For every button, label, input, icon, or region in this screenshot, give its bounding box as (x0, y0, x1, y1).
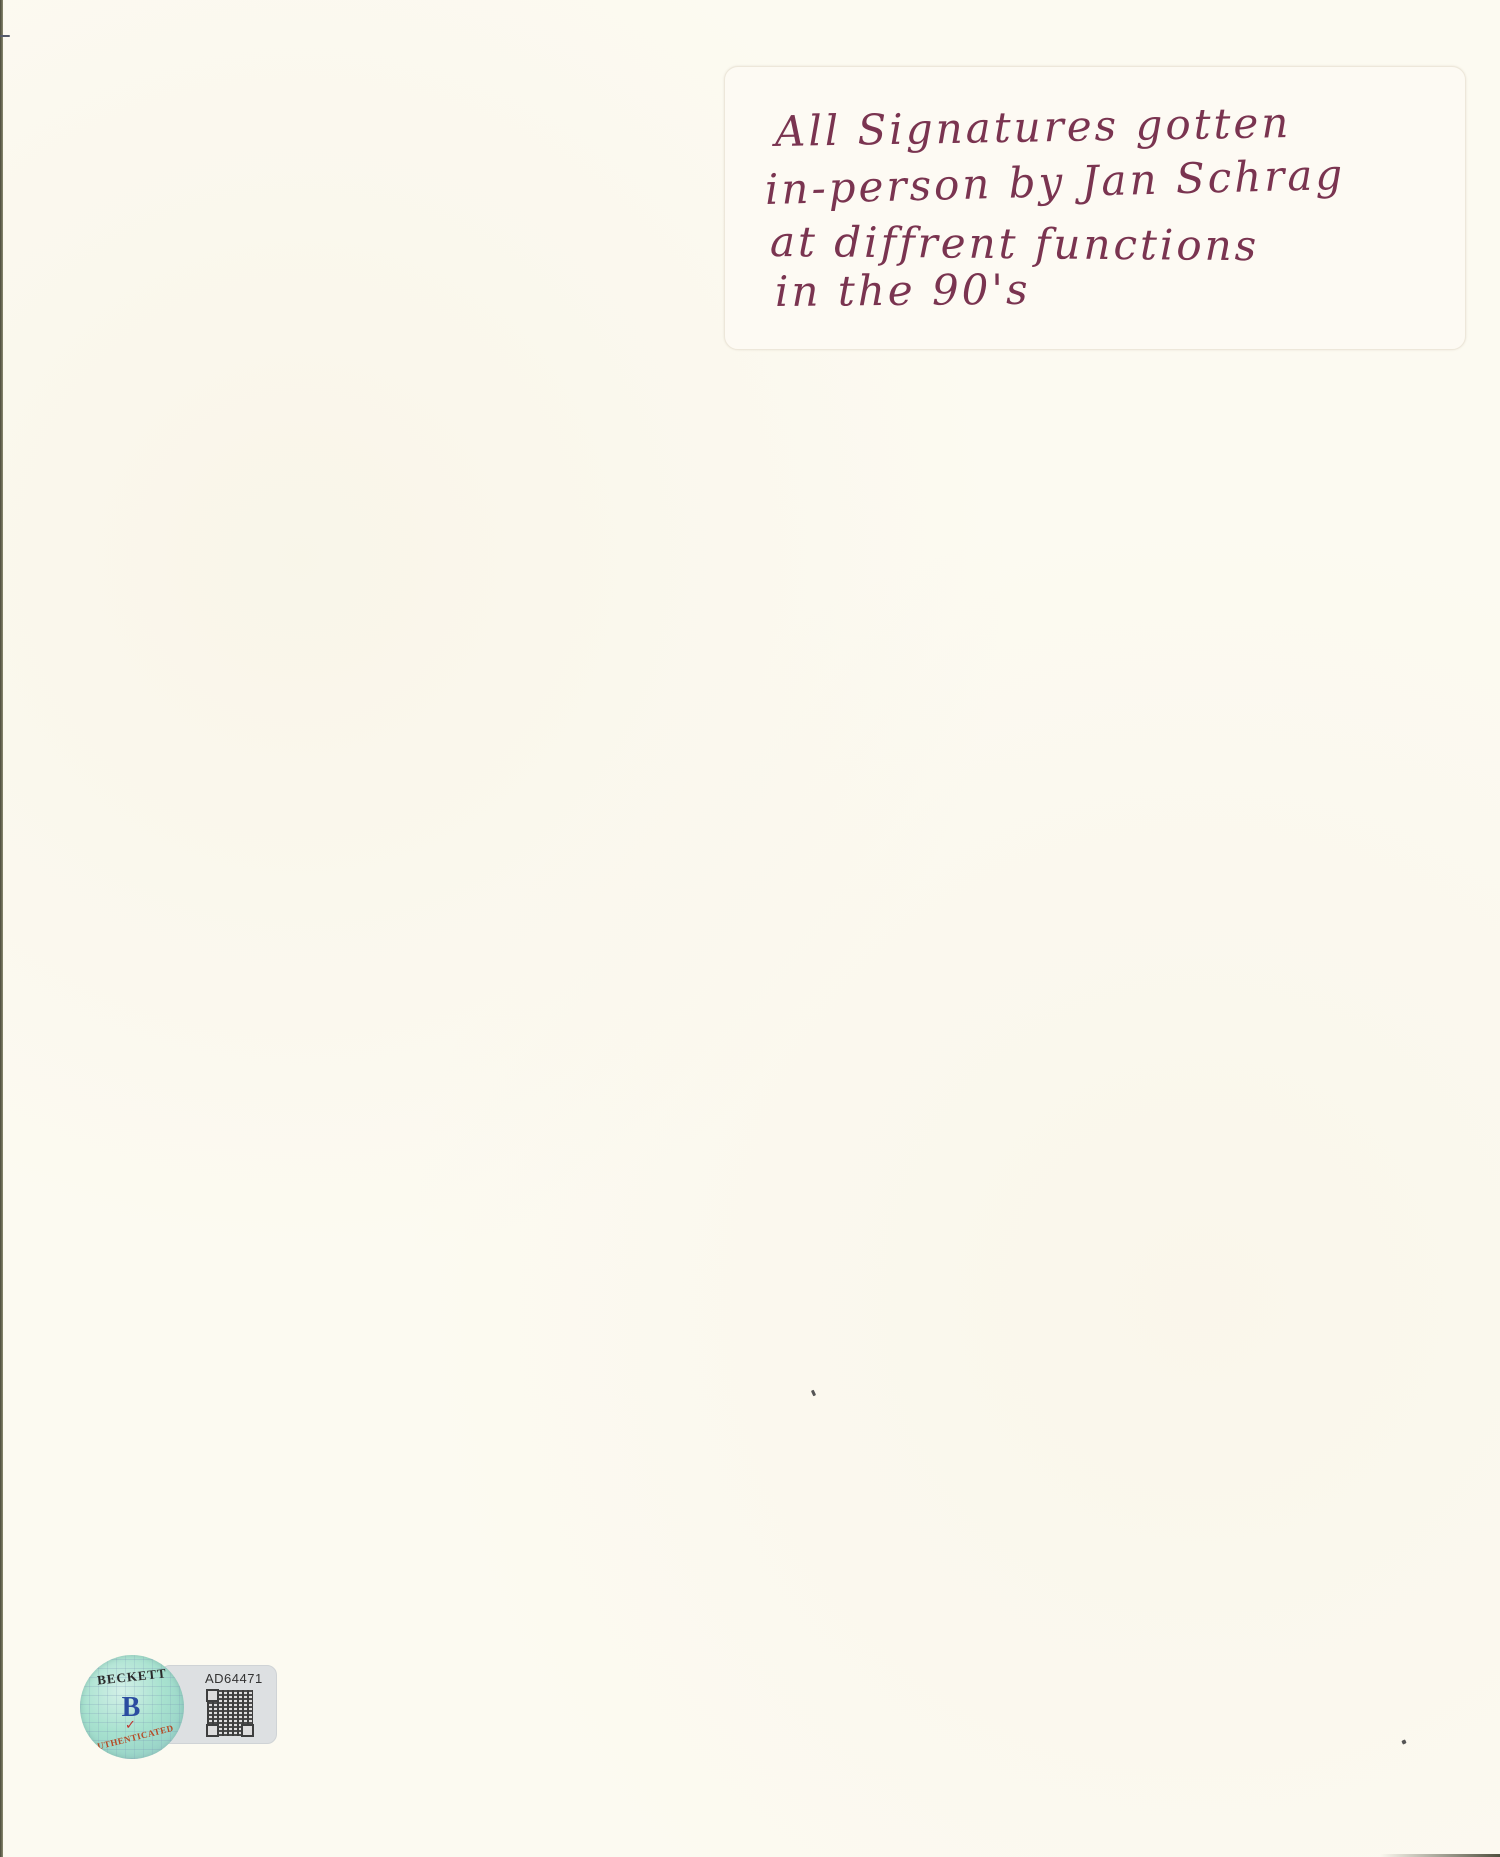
paper-speck (811, 1390, 816, 1397)
qr-finder-icon (206, 1689, 219, 1702)
note-line-4: in the 90's (775, 265, 1031, 316)
paper-speck (1401, 1739, 1406, 1744)
page-left-edge (0, 0, 3, 1857)
note-line-1: All Signatures gotten (775, 98, 1292, 156)
photo-back-page: All Signatures gotten in-person by Jan S… (0, 0, 1500, 1857)
edge-mark (0, 35, 10, 37)
note-line-3: at diffrent functions (770, 217, 1260, 270)
note-line-2: in-person by Jan Schrag (764, 150, 1345, 214)
qr-code-icon[interactable] (207, 1690, 253, 1736)
certificate-id: AD64471 (205, 1671, 263, 1686)
beckett-hologram-seal-icon: BECKETT B ✓ AUTHENTICATED (80, 1655, 184, 1759)
qr-finder-icon (241, 1724, 254, 1737)
handwritten-note-card: All Signatures gotten in-person by Jan S… (724, 66, 1466, 350)
check-mark-icon: ✓ (125, 1717, 136, 1733)
qr-finder-icon (206, 1724, 219, 1737)
